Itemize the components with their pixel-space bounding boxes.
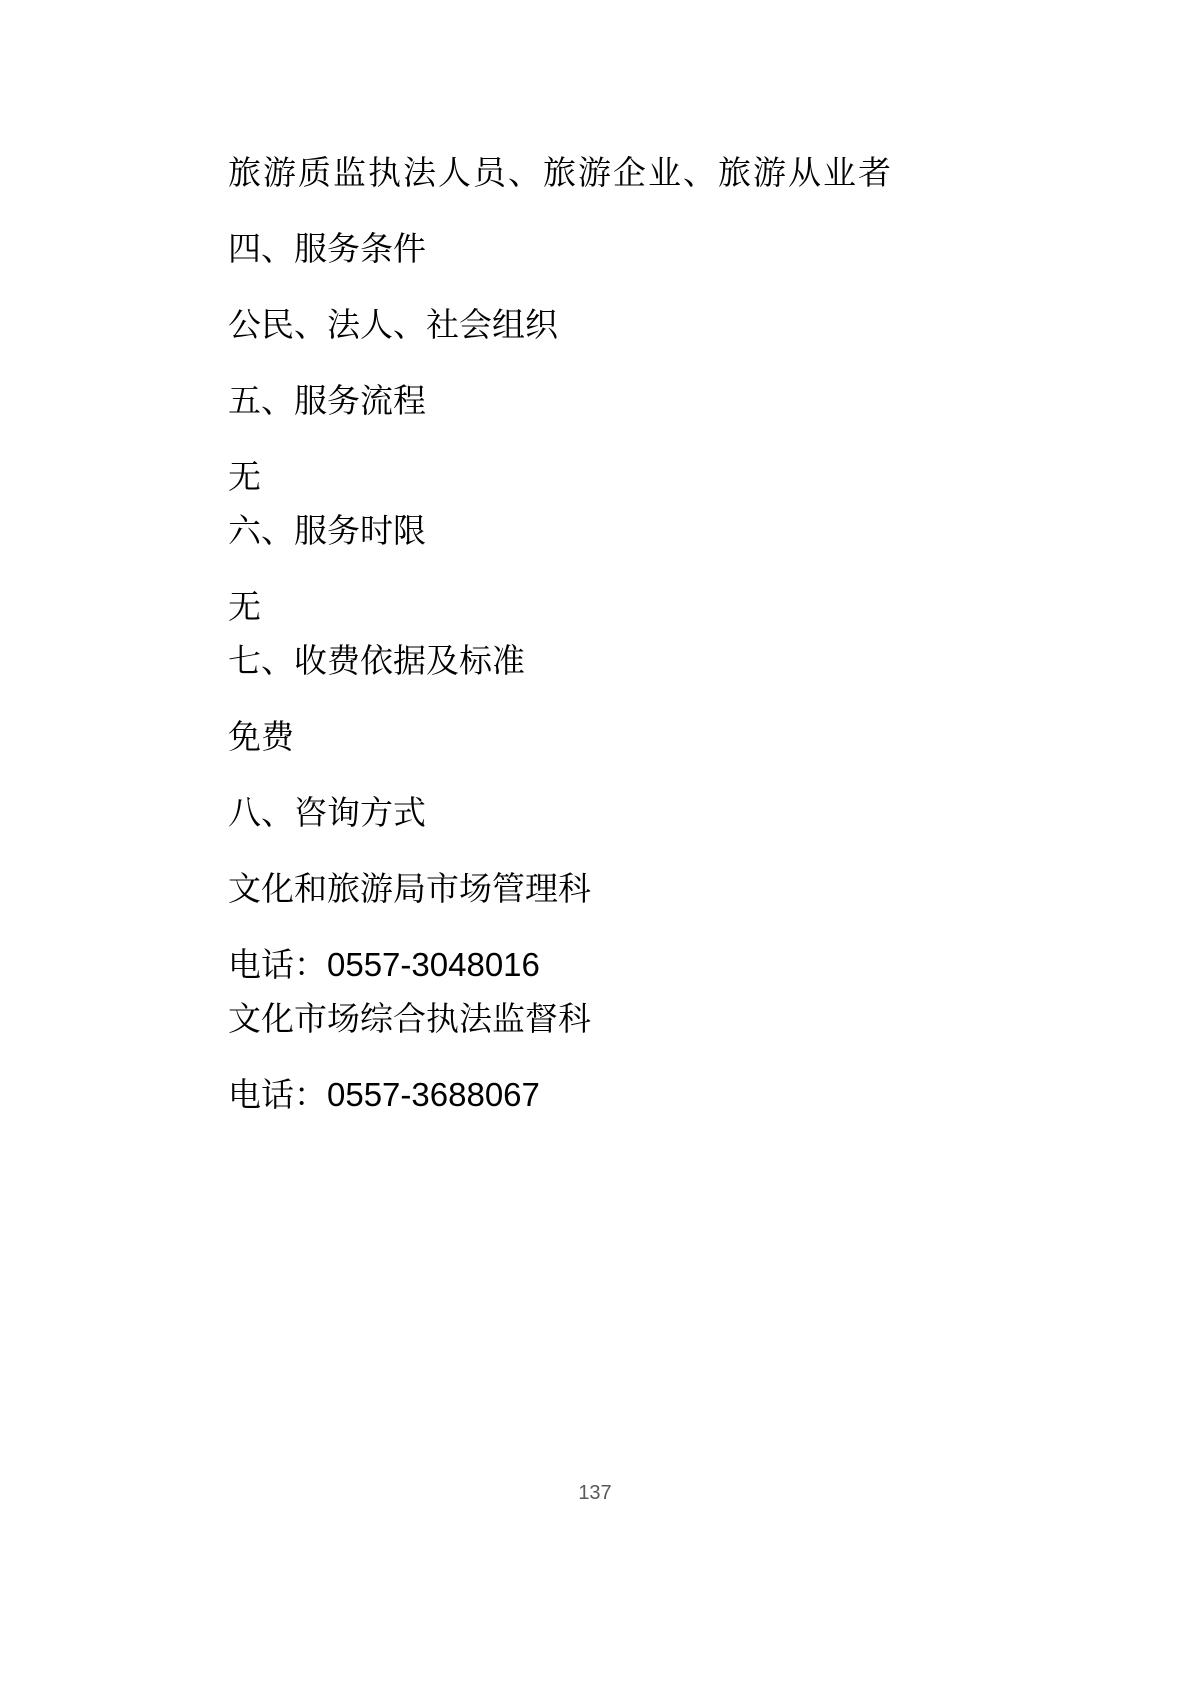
heading-5-service-process: 五、服务流程 [228, 384, 1130, 417]
paragraph-phone-1: 电话：0557-3048016 [228, 948, 1130, 981]
heading-8-consultation-method: 八、咨询方式 [228, 796, 1130, 829]
document-page: 旅游质监执法人员、旅游企业、旅游从业者 四、服务条件 公民、法人、社会组织 五、… [0, 0, 1190, 1683]
heading-7-fee-basis-and-standard: 七、收费依据及标准 [228, 644, 1130, 677]
document-body: 旅游质监执法人员、旅游企业、旅游从业者 四、服务条件 公民、法人、社会组织 五、… [228, 156, 1130, 1111]
heading-6-service-time-limit: 六、服务时限 [228, 514, 1130, 547]
paragraph-dept-law-enforcement: 文化市场综合执法监督科 [228, 1002, 1130, 1035]
page-number: 137 [0, 1482, 1190, 1504]
paragraph-phone-2: 电话：0557-3688067 [228, 1078, 1130, 1111]
paragraph-none-1: 无 [228, 460, 1130, 493]
paragraph-service-objects: 旅游质监执法人员、旅游企业、旅游从业者 [228, 156, 1130, 189]
paragraph-none-2: 无 [228, 590, 1130, 623]
paragraph-service-condition-values: 公民、法人、社会组织 [228, 308, 1130, 341]
paragraph-free: 免费 [228, 720, 1130, 753]
heading-4-service-conditions: 四、服务条件 [228, 232, 1130, 265]
paragraph-dept-market-management: 文化和旅游局市场管理科 [228, 872, 1130, 905]
